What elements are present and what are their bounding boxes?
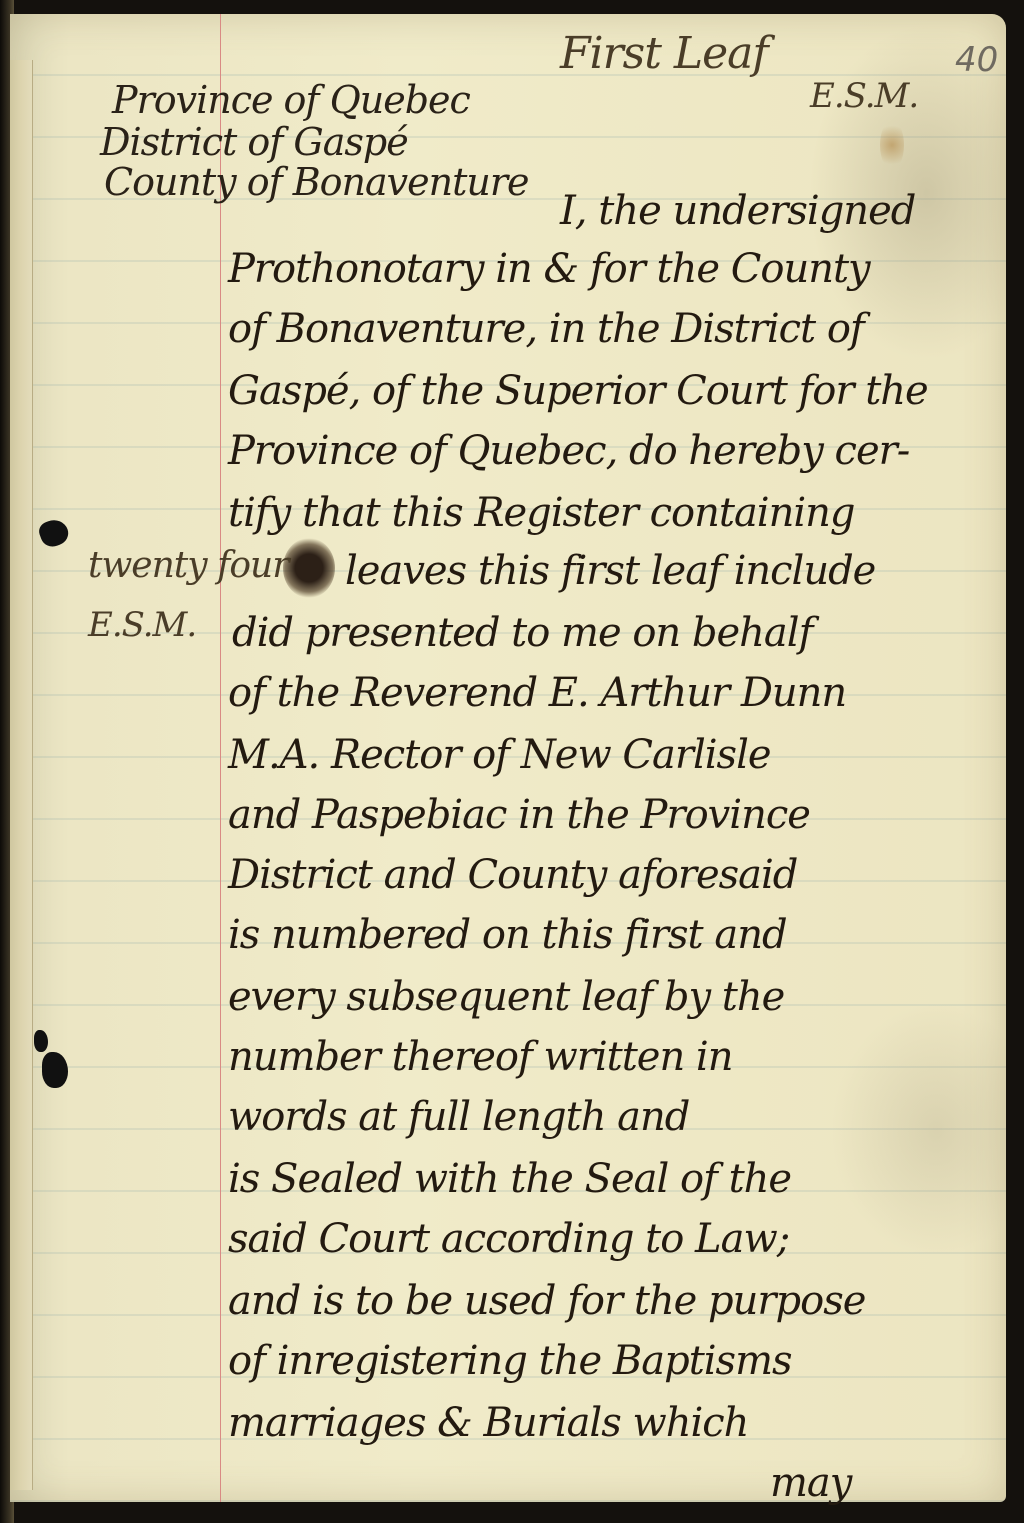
ink-blotch: [42, 1052, 68, 1088]
body-line: marriages & Burials which: [228, 1400, 748, 1446]
page-number: 40: [955, 40, 998, 80]
ink-smudge: [283, 538, 335, 598]
margin-note-initials: E.S.M.: [88, 605, 196, 645]
body-line: did presented to me on behalf: [232, 610, 812, 656]
body-line: Prothonotary in & for the County: [228, 246, 870, 292]
ink-blotch: [34, 1030, 48, 1052]
body-line: said Court according to Law;: [228, 1216, 789, 1262]
margin-rule: [220, 14, 221, 1502]
header-county: County of Bonaventure: [104, 160, 529, 204]
body-line: and Paspebiac in the Province: [228, 792, 810, 838]
binding-strip: [10, 60, 33, 1490]
body-line: leaves this first leaf include: [345, 548, 875, 594]
body-line: and is to be used for the purpose: [228, 1278, 865, 1324]
margin-note-count: twenty four: [88, 545, 288, 586]
header-province: Province of Quebec: [112, 78, 470, 122]
body-line: Province of Quebec, do hereby cer-: [228, 428, 909, 474]
body-line: number thereof written in: [228, 1034, 732, 1080]
body-line: District and County aforesaid: [228, 852, 797, 898]
body-line: of Bonaventure, in the District of: [228, 306, 864, 352]
body-line: Gaspé, of the Superior Court for the: [228, 368, 928, 414]
body-line: may: [770, 1460, 851, 1506]
body-line: is Sealed with the Seal of the: [228, 1156, 791, 1202]
corner-note-initials: E.S.M.: [810, 76, 918, 116]
header-district: District of Gaspé: [100, 120, 408, 164]
body-line: I, the undersigned: [560, 188, 915, 234]
body-line: of inregistering the Baptisms: [228, 1338, 792, 1384]
water-stain: [880, 120, 904, 170]
corner-note-first-leaf: First Leaf: [560, 28, 768, 79]
body-line: of the Reverend E. Arthur Dunn: [228, 670, 846, 716]
body-line: M.A. Rector of New Carlisle: [228, 732, 771, 778]
body-line: words at full length and: [228, 1094, 689, 1140]
body-line: is numbered on this first and: [228, 912, 787, 958]
body-line: tify that this Register containing: [228, 490, 855, 536]
body-line: every subsequent leaf by the: [228, 974, 784, 1020]
